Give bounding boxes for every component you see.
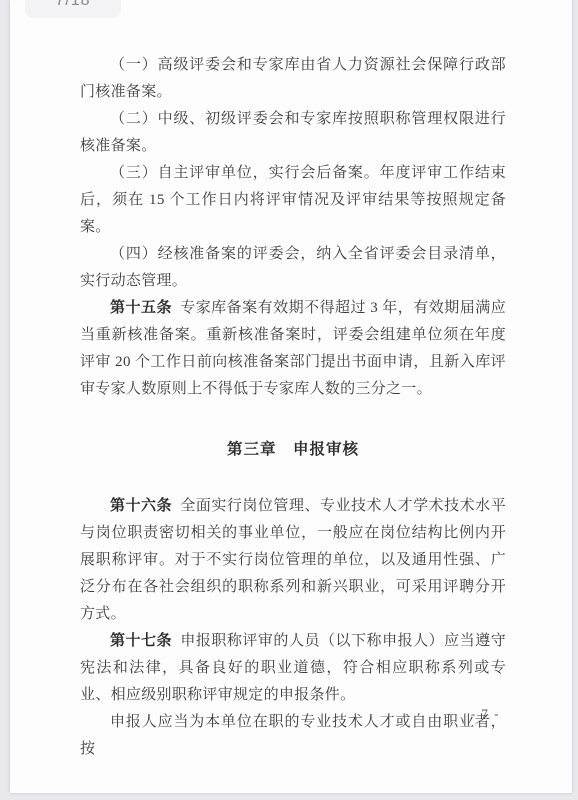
document-body: （一）高级评委会和专家库由省人力资源社会保障行政部门核准备案。（二）中级、初级评…	[80, 52, 506, 763]
article-number: 第十七条	[110, 633, 172, 649]
paragraph: 第十六条全面实行岗位管理、专业技术人才学术技术水平与岗位职责密切相关的事业单位，…	[80, 493, 506, 628]
page-progress-pill: 7/18	[25, 0, 121, 18]
paragraph: （四）经核准备案的评委会，纳入全省评委会目录清单，实行动态管理。	[80, 241, 506, 295]
paragraph-text: 申报人应当为本单位在职的专业技术人才或自由职业者，按	[80, 714, 506, 757]
paragraph: 第十七条申报职称评审的人员（以下称申报人）应当遵守宪法和法律，具备良好的职业道德…	[80, 628, 506, 709]
article-number: 第十六条	[110, 498, 172, 514]
document-page: 7/18 （一）高级评委会和专家库由省人力资源社会保障行政部门核准备案。（二）中…	[10, 0, 572, 793]
paragraph: （二）中级、初级评委会和专家库按照职称管理权限进行核准备案。	[80, 106, 506, 160]
paragraph-text: （四）经核准备案的评委会，纳入全省评委会目录清单，实行动态管理。	[80, 246, 506, 289]
paragraph: 申报人应当为本单位在职的专业技术人才或自由职业者，按	[80, 709, 506, 763]
paragraph: （三）自主评审单位，实行会后备案。年度评审工作结束后，须在 15 个工作日内将评…	[80, 160, 506, 241]
paragraph: （一）高级评委会和专家库由省人力资源社会保障行政部门核准备案。	[80, 52, 506, 106]
paragraph-text: （一）高级评委会和专家库由省人力资源社会保障行政部门核准备案。	[80, 57, 506, 100]
chapter-heading: 第三章 申报审核	[80, 436, 506, 463]
page-progress-label: 7/18	[55, 0, 90, 10]
paragraph: 第十五条专家库备案有效期不得超过 3 年，有效期届满应当重新核准备案。重新核准备…	[80, 295, 506, 403]
paragraph-text: （二）中级、初级评委会和专家库按照职称管理权限进行核准备案。	[80, 111, 506, 154]
article-number: 第十五条	[110, 300, 172, 316]
page-number: - 7 -	[471, 706, 500, 722]
paragraph-text: 全面实行岗位管理、专业技术人才学术技术水平与岗位职责密切相关的事业单位，一般应在…	[80, 498, 506, 622]
pdf-viewer: 7/18 （一）高级评委会和专家库由省人力资源社会保障行政部门核准备案。（二）中…	[0, 0, 578, 800]
paragraph-text: （三）自主评审单位，实行会后备案。年度评审工作结束后，须在 15 个工作日内将评…	[80, 165, 506, 235]
